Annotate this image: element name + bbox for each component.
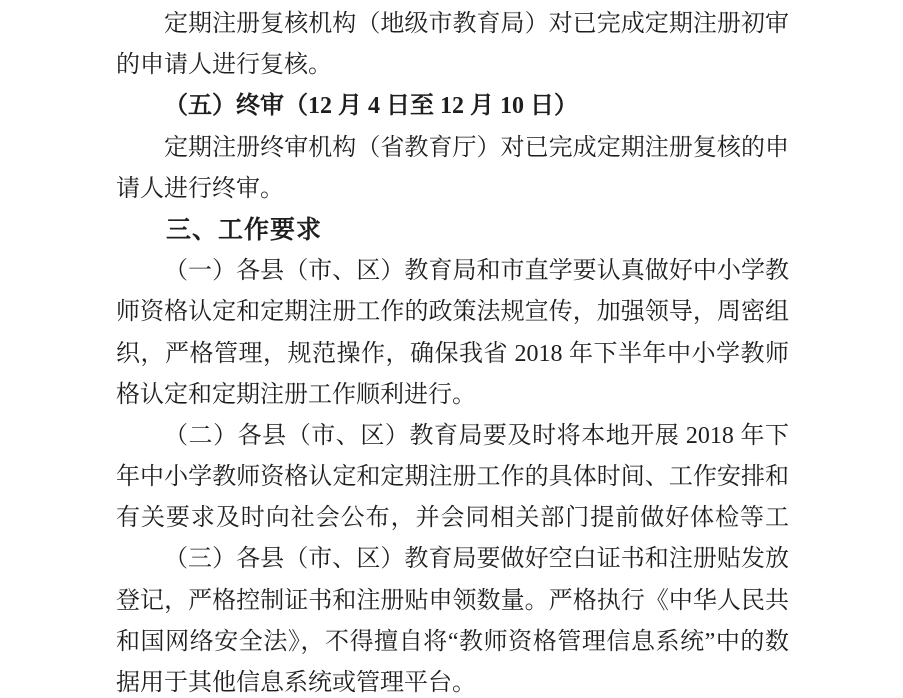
text-line: 师资格认定和定期注册工作的政策法规宣传，加强领导，周密组 [116, 292, 789, 333]
text-line: 的申请人进行复核。 [116, 45, 789, 86]
text-line: 请人进行终审。 [116, 169, 789, 210]
text-line: 和国网络安全法》，不得擅自将“教师资格管理信息系统”中的数 [116, 622, 789, 663]
document-body: 定期注册复核机构（地级市教育局）对已完成定期注册初审的申请人进行复核。（五）终审… [116, 4, 789, 698]
text-line: 定期注册复核机构（地级市教育局）对已完成定期注册初审 [116, 4, 789, 45]
text-line: 织，严格管理，规范操作，确保我省 2018 年下半年中小学教师资 [116, 334, 789, 375]
text-line: 年中小学教师资格认定和定期注册工作的具体时间、工作安排和 [116, 457, 789, 498]
text-line: 登记，严格控制证书和注册贴申领数量。严格执行《中华人民共 [116, 581, 789, 622]
text-line: （三）各县（市、区）教育局要做好空白证书和注册贴发放 [116, 539, 789, 580]
text-line: 有关要求及时向社会公布，并会同相关部门提前做好体检等工作。 [116, 498, 789, 539]
document-page: 定期注册复核机构（地级市教育局）对已完成定期注册初审的申请人进行复核。（五）终审… [0, 0, 903, 698]
text-line: 定期注册终审机构（省教育厅）对已完成定期注册复核的申 [116, 128, 789, 169]
text-line: 三、工作要求 [116, 210, 789, 251]
text-line: （二）各县（市、区）教育局要及时将本地开展 2018 年下半 [116, 416, 789, 457]
text-line: （五）终审（12 月 4 日至 12 月 10 日） [116, 86, 789, 127]
text-line: 据用于其他信息系统或管理平台。 [116, 663, 789, 698]
text-line: 格认定和定期注册工作顺利进行。 [116, 375, 789, 416]
text-line: （一）各县（市、区）教育局和市直学要认真做好中小学教 [116, 251, 789, 292]
